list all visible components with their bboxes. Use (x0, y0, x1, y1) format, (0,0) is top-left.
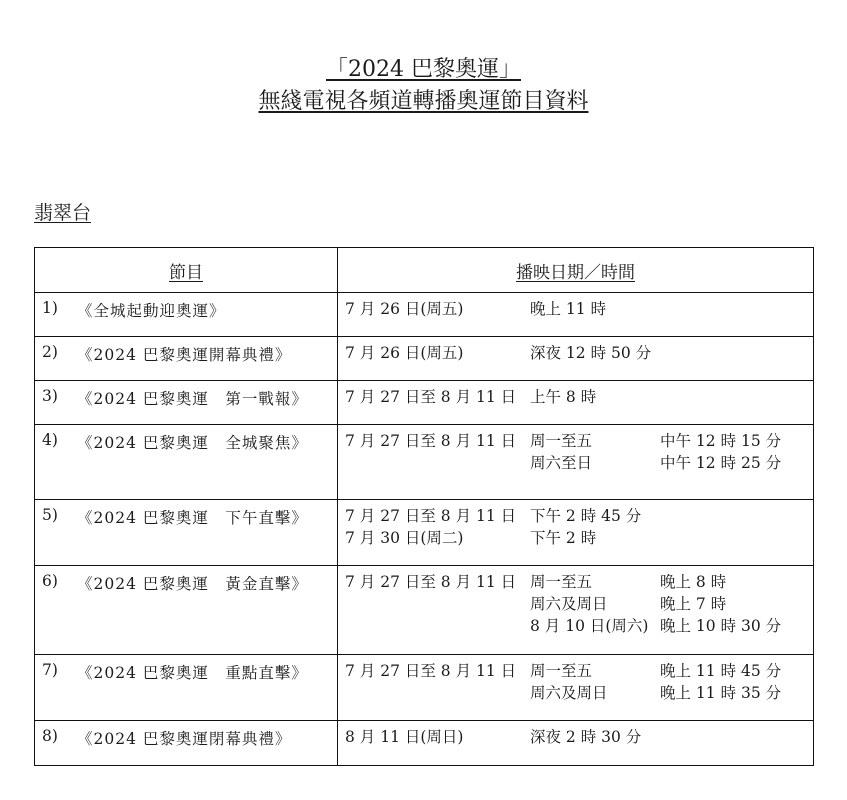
broadcast-date: 7 月 27 日至 8 月 11 日 (345, 506, 516, 526)
broadcast-time: 周六至日 (530, 453, 592, 473)
table-row: 1)《全城起動迎奧運》7 月 26 日(周五)晚上 11 時 (35, 293, 814, 337)
broadcast-time: 晚上 11 時 (530, 299, 606, 319)
program-cell: 1)《全城起動迎奧運》 (35, 293, 338, 337)
schedule-line: 8 月 11 日(周日)深夜 2 時 30 分 (338, 727, 813, 749)
broadcast-time: 下午 2 時 (530, 528, 596, 548)
schedule-cell: 7 月 27 日至 8 月 11 日上午 8 時 (338, 381, 814, 425)
program-name: 《2024 巴黎奧運 下午直擊》 (77, 506, 337, 528)
table-row: 7)《2024 巴黎奧運 重點直擊》7 月 27 日至 8 月 11 日周一至五… (35, 655, 814, 721)
row-number: 7) (42, 661, 58, 679)
broadcast-time: 深夜 2 時 30 分 (530, 727, 641, 747)
schedule-cell: 7 月 26 日(周五)深夜 12 時 50 分 (338, 337, 814, 381)
schedule-cell: 7 月 26 日(周五)晚上 11 時 (338, 293, 814, 337)
program-cell: 2)《2024 巴黎奧運開幕典禮》 (35, 337, 338, 381)
program-name: 《全城起動迎奧運》 (77, 299, 337, 321)
broadcast-time: 周一至五 (530, 431, 592, 451)
broadcast-time: 周一至五 (530, 572, 592, 592)
table-row: 4)《2024 巴黎奧運 全城聚焦》7 月 27 日至 8 月 11 日周一至五… (35, 425, 814, 500)
broadcast-date: 7 月 27 日至 8 月 11 日 (345, 387, 516, 407)
table-row: 3)《2024 巴黎奧運 第一戰報》7 月 27 日至 8 月 11 日上午 8… (35, 381, 814, 425)
program-name: 《2024 巴黎奧運開幕典禮》 (77, 343, 337, 365)
broadcast-date: 7 月 26 日(周五) (345, 299, 463, 319)
schedule-line: 7 月 27 日至 8 月 11 日周一至五中午 12 時 15 分 (338, 431, 813, 453)
broadcast-time: 深夜 12 時 50 分 (530, 343, 651, 363)
broadcast-time: 周六及周日 (530, 594, 608, 614)
broadcast-time: 周六及周日 (530, 683, 608, 703)
broadcast-date: 7 月 27 日至 8 月 11 日 (345, 661, 516, 681)
row-number: 2) (42, 343, 58, 361)
table-row: 5)《2024 巴黎奧運 下午直擊》7 月 27 日至 8 月 11 日下午 2… (35, 500, 814, 566)
schedule-line: 8 月 10 日(周六)晚上 10 時 30 分 (338, 616, 813, 638)
broadcast-time-detail: 晚上 10 時 30 分 (660, 616, 781, 636)
row-number: 8) (42, 727, 58, 745)
broadcast-time-detail: 中午 12 時 25 分 (660, 453, 781, 473)
broadcast-time-detail: 晚上 11 時 35 分 (660, 683, 781, 703)
broadcast-date: 7 月 26 日(周五) (345, 343, 463, 363)
broadcast-time: 周一至五 (530, 661, 592, 681)
header-schedule: 播映日期／時間 (338, 248, 814, 293)
program-cell: 4)《2024 巴黎奧運 全城聚焦》 (35, 425, 338, 500)
schedule-table: 節目 播映日期／時間 1)《全城起動迎奧運》7 月 26 日(周五)晚上 11 … (34, 247, 814, 766)
table-header-row: 節目 播映日期／時間 (35, 248, 814, 293)
schedule-cell: 7 月 27 日至 8 月 11 日周一至五中午 12 時 15 分周六至日中午… (338, 425, 814, 500)
broadcast-date: 7 月 27 日至 8 月 11 日 (345, 431, 516, 451)
program-name: 《2024 巴黎奧運閉幕典禮》 (77, 727, 337, 749)
row-number: 4) (42, 431, 58, 449)
broadcast-date: 7 月 27 日至 8 月 11 日 (345, 572, 516, 592)
broadcast-time-detail: 中午 12 時 15 分 (660, 431, 781, 451)
schedule-line: 7 月 26 日(周五)深夜 12 時 50 分 (338, 343, 813, 365)
schedule-line: 周六及周日晚上 11 時 35 分 (338, 683, 813, 705)
program-cell: 3)《2024 巴黎奧運 第一戰報》 (35, 381, 338, 425)
broadcast-time-detail: 晚上 7 時 (660, 594, 726, 614)
document-title-line2: 無綫電視各頻道轉播奧運節目資料 (0, 87, 847, 117)
schedule-line: 周六至日中午 12 時 25 分 (338, 453, 813, 475)
schedule-line: 7 月 27 日至 8 月 11 日周一至五晚上 8 時 (338, 572, 813, 594)
schedule-cell: 8 月 11 日(周日)深夜 2 時 30 分 (338, 721, 814, 766)
broadcast-time-detail: 晚上 8 時 (660, 572, 726, 592)
program-name: 《2024 巴黎奧運 第一戰報》 (77, 387, 337, 409)
schedule-cell: 7 月 27 日至 8 月 11 日周一至五晚上 11 時 45 分周六及周日晚… (338, 655, 814, 721)
broadcast-time-detail: 晚上 11 時 45 分 (660, 661, 781, 681)
schedule-cell: 7 月 27 日至 8 月 11 日下午 2 時 45 分7 月 30 日(周二… (338, 500, 814, 566)
table-row: 8)《2024 巴黎奧運閉幕典禮》8 月 11 日(周日)深夜 2 時 30 分 (35, 721, 814, 766)
header-program: 節目 (35, 248, 338, 293)
schedule-cell: 7 月 27 日至 8 月 11 日周一至五晚上 8 時周六及周日晚上 7 時8… (338, 566, 814, 655)
program-name: 《2024 巴黎奧運 黃金直擊》 (77, 572, 337, 594)
channel-heading: 翡翠台 (34, 198, 91, 225)
row-number: 3) (42, 387, 58, 405)
schedule-line: 7 月 26 日(周五)晚上 11 時 (338, 299, 813, 321)
program-cell: 8)《2024 巴黎奧運閉幕典禮》 (35, 721, 338, 766)
program-cell: 5)《2024 巴黎奧運 下午直擊》 (35, 500, 338, 566)
broadcast-date: 7 月 30 日(周二) (345, 528, 463, 548)
schedule-line: 7 月 30 日(周二)下午 2 時 (338, 528, 813, 550)
broadcast-time: 8 月 10 日(周六) (530, 616, 648, 636)
program-name: 《2024 巴黎奧運 全城聚焦》 (77, 431, 337, 453)
row-number: 5) (42, 506, 58, 524)
table-row: 6)《2024 巴黎奧運 黃金直擊》7 月 27 日至 8 月 11 日周一至五… (35, 566, 814, 655)
broadcast-time: 下午 2 時 45 分 (530, 506, 641, 526)
schedule-line: 7 月 27 日至 8 月 11 日周一至五晚上 11 時 45 分 (338, 661, 813, 683)
document-title-line1: 「2024 巴黎奧運」 (0, 55, 847, 85)
program-name: 《2024 巴黎奧運 重點直擊》 (77, 661, 337, 683)
program-cell: 6)《2024 巴黎奧運 黃金直擊》 (35, 566, 338, 655)
row-number: 6) (42, 572, 58, 590)
broadcast-date: 8 月 11 日(周日) (345, 727, 463, 747)
program-cell: 7)《2024 巴黎奧運 重點直擊》 (35, 655, 338, 721)
row-number: 1) (42, 299, 58, 317)
schedule-line: 7 月 27 日至 8 月 11 日下午 2 時 45 分 (338, 506, 813, 528)
broadcast-time: 上午 8 時 (530, 387, 596, 407)
schedule-line: 周六及周日晚上 7 時 (338, 594, 813, 616)
table-row: 2)《2024 巴黎奧運開幕典禮》7 月 26 日(周五)深夜 12 時 50 … (35, 337, 814, 381)
schedule-line: 7 月 27 日至 8 月 11 日上午 8 時 (338, 387, 813, 409)
